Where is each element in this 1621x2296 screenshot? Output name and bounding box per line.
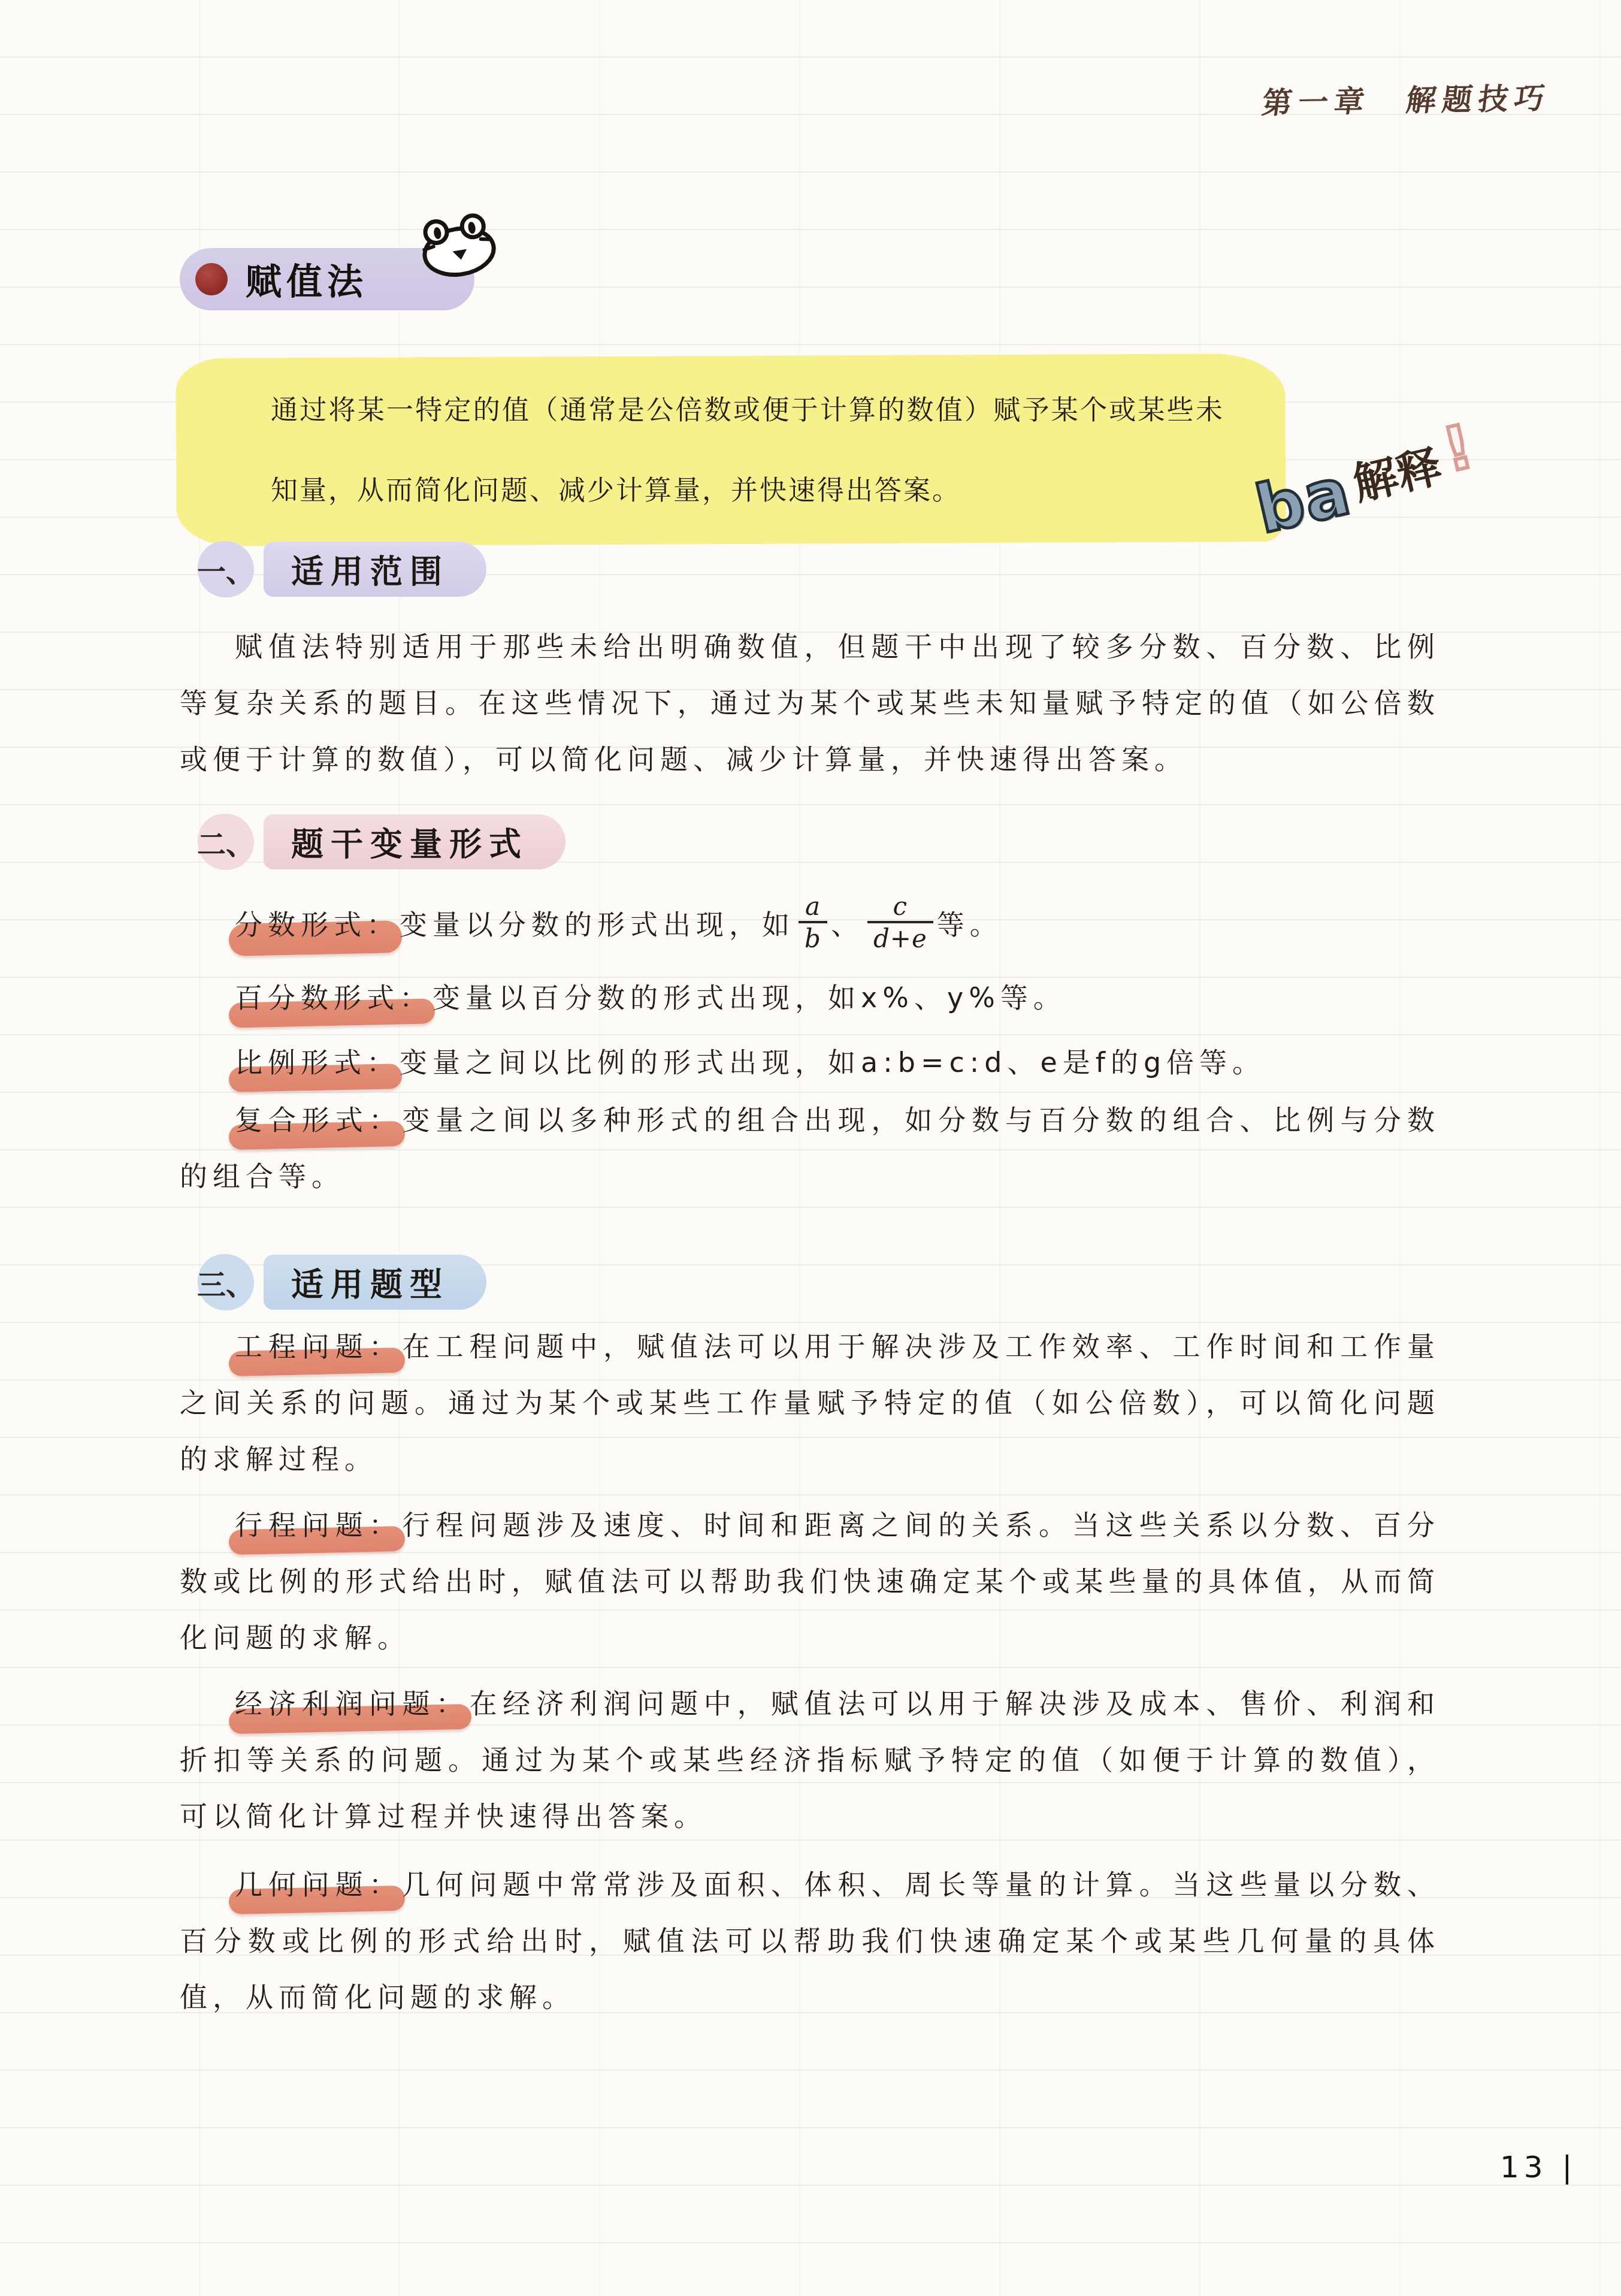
section-3-number: 三、 <box>198 1254 254 1310</box>
exclamation-mark-icon: ! <box>1437 411 1480 485</box>
section-1-number: 一、 <box>198 541 254 597</box>
ba-logo: ba <box>1249 452 1358 548</box>
term-engineering-problem: 工程问题： <box>235 1330 403 1363</box>
term-geometry-problem: 几何问题： <box>235 1868 403 1901</box>
composite-form-item: 复合形式：变量之间以多种形式的组合出现，如分数与百分数的组合、比例与分数的组合等… <box>180 1092 1440 1204</box>
engineering-problem-item: 工程问题：在工程问题中，赋值法可以用于解决涉及工作效率、工作时间和工作量之间关系… <box>180 1318 1440 1487</box>
term-economic-profit-problem: 经济利润问题： <box>235 1687 469 1720</box>
section-1-header: 一、 适用范围 <box>198 541 486 597</box>
economic-profit-problem-item: 经济利润问题：在经济利润问题中，赋值法可以用于解决涉及成本、售价、利润和折扣等关… <box>180 1675 1440 1844</box>
fraction-form-tail: 等。 <box>937 903 1003 942</box>
chapter-header: 第一章 解题技巧 <box>1260 74 1553 122</box>
frog-doodle-icon <box>409 207 507 285</box>
page-title: 赋值法 <box>246 253 368 305</box>
percent-form-desc: 变量以百分数的形式出现，如x%、y%等。 <box>433 981 1066 1014</box>
ratio-form-item: 比例形式：变量之间以比例的形式出现，如a:b=c:d、e是f的g倍等。 <box>180 1034 1440 1090</box>
fraction-form-lead: 变量以分数的形式出现，如 <box>400 903 795 942</box>
section-2-header: 二、 题干变量形式 <box>198 814 565 870</box>
fraction-separator: 、 <box>831 903 864 942</box>
fraction-form-item: 分数形式：变量以分数的形式出现，如ab、cd+e等。 <box>180 870 1440 975</box>
section-1-paragraph: 赋值法特别适用于那些未给出明确数值，但题干中出现了较多分数、百分数、比例等复杂关… <box>180 618 1440 787</box>
notebook-page: 第一章 解题技巧 赋值法 通过将某一特定的值（通常是公倍数或便于计算的数值）赋予… <box>0 0 1621 2296</box>
fraction-c-over-d-plus-e: cd+e <box>867 892 933 954</box>
section-2-title: 题干变量形式 <box>264 814 565 869</box>
percent-form-item: 百分数形式：变量以百分数的形式出现，如x%、y%等。 <box>180 969 1440 1026</box>
section-3-title: 适用题型 <box>264 1255 486 1310</box>
geometry-problem-item: 几何问题：几何问题中常常涉及面积、体积、周长等量的计算。当这些量以分数、百分数或… <box>180 1856 1440 2025</box>
section-3-header: 三、 适用题型 <box>198 1254 486 1310</box>
ba-annotation-text: 解释 <box>1348 440 1447 510</box>
page-number: 13 | <box>1500 2150 1577 2185</box>
intro-text: 通过将某一特定的值（通常是公倍数或便于计算的数值）赋予某个或某些未知量，从而简化… <box>271 370 1224 531</box>
term-journey-problem: 行程问题： <box>235 1509 403 1541</box>
fraction-a-over-b: ab <box>799 892 827 954</box>
term-ratio-form: 比例形式： <box>235 1046 400 1078</box>
term-composite-form: 复合形式： <box>235 1104 403 1136</box>
term-fraction-form: 分数形式： <box>235 903 400 942</box>
section-2-number: 二、 <box>198 814 254 870</box>
section-1-title: 适用范围 <box>264 542 486 597</box>
red-bullet-icon <box>195 263 228 295</box>
ratio-form-desc: 变量之间以比例的形式出现，如a:b=c:d、e是f的g倍等。 <box>400 1046 1265 1078</box>
term-percent-form: 百分数形式： <box>235 981 433 1014</box>
journey-problem-item: 行程问题：行程问题涉及速度、时间和距离之间的关系。当这些关系以分数、百分数或比例… <box>180 1497 1440 1666</box>
